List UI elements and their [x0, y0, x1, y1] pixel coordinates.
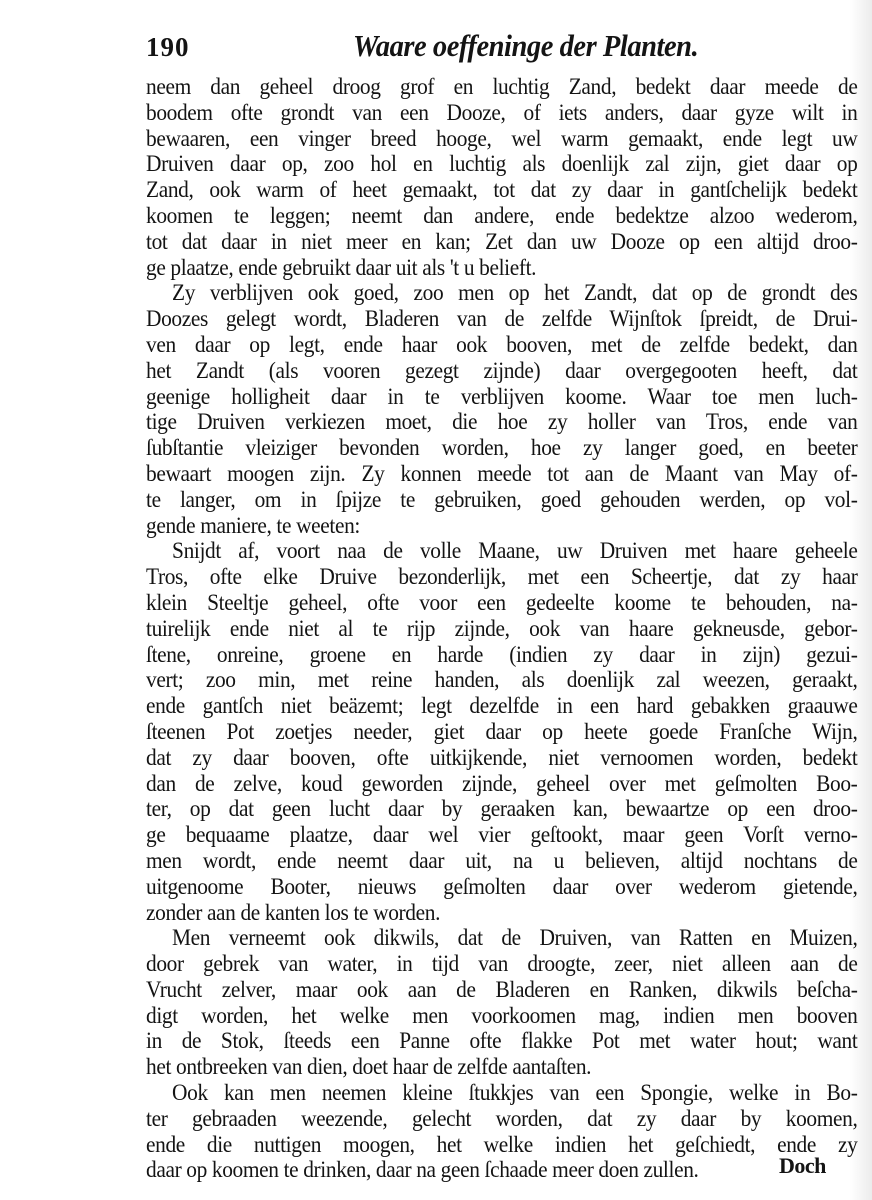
text-line: klein Steeltje geheel, ofte voor een ged… [146, 590, 857, 616]
text-line: bewaart moogen zijn. Zy konnen meede tot… [146, 461, 857, 487]
text-line: ge bequaame plaatze, daar wel vier geſto… [146, 822, 857, 848]
text-line: Doozes gelegt wordt, Bladeren van de zel… [146, 306, 857, 332]
text-line: ge plaatze, ende gebruikt daar uit als '… [146, 255, 857, 281]
text-line: Ook kan men neemen kleine ſtukkjes van e… [146, 1080, 857, 1106]
paragraph: Men verneemt ook dikwils, dat de Druiven… [146, 925, 858, 1080]
paragraph: neem dan geheel droog grof en luchtig Za… [146, 74, 858, 280]
text-line: uitgenoome Booter, nieuws geſmolten daar… [146, 874, 857, 900]
text-line: daar op koomen te drinken, daar na geen … [146, 1157, 857, 1183]
text-line: ende die nuttigen moogen, het welke indi… [146, 1132, 857, 1158]
text-line: ende gantſch niet beäzemt; legt dezelfde… [146, 693, 857, 719]
page-number: 190 [146, 32, 190, 63]
text-line: zonder aan de kanten los te worden. [146, 900, 857, 926]
text-line: Zand, ook warm of heet gemaakt, tot dat … [146, 177, 857, 203]
text-line: dan de zelve, koud geworden zijnde, gehe… [146, 771, 857, 797]
text-line: ſteenen Pot zoetjes needer, giet daar op… [146, 719, 857, 745]
text-line: Vrucht zelver, maar ook aan de Bladeren … [146, 977, 857, 1003]
paragraph: Ook kan men neemen kleine ſtukkjes van e… [146, 1080, 858, 1183]
book-page: 190 Waare oeffeninge der Planten. neem d… [0, 0, 872, 1200]
text-line: men wordt, ende neemt daar uit, na u bel… [146, 848, 857, 874]
text-line: Zy verblijven ook goed, zoo men op het Z… [146, 280, 857, 306]
paragraph: Snijdt af, voort naa de volle Maane, uw … [146, 538, 858, 925]
running-title: Waare oeffeninge der Planten. [353, 28, 698, 64]
text-line: ven daar op legt, ende haar ook booven, … [146, 332, 857, 358]
paragraph: Zy verblijven ook goed, zoo men op het Z… [146, 280, 858, 538]
text-line: gende maniere, te weeten: [146, 513, 857, 539]
text-line: het Zandt (als vooren gezegt zijnde) daa… [146, 358, 857, 384]
text-line: Snijdt af, voort naa de volle Maane, uw … [146, 538, 857, 564]
text-line: Druiven daar op, zoo hol en luchtig als … [146, 151, 857, 177]
text-line: tige Druiven verkiezen moet, die hoe zy … [146, 409, 857, 435]
text-line: digt worden, het welke men voorkoomen ma… [146, 1003, 857, 1029]
text-line: Tros, ofte elke Druive bezonderlijk, met… [146, 564, 857, 590]
text-line: geenige holligheit daar in te verblijven… [146, 384, 857, 410]
text-line: neem dan geheel droog grof en luchtig Za… [146, 74, 857, 100]
body-text: neem dan geheel droog grof en luchtig Za… [146, 74, 858, 1183]
text-line: dat zy daar booven, ofte uitkijkende, ni… [146, 745, 857, 771]
text-line: ſtene, onreine, groene en harde (indien … [146, 642, 857, 668]
text-line: tot dat daar in niet meer en kan; Zet da… [146, 229, 857, 255]
text-line: ter gebraaden weezende, gelecht worden, … [146, 1106, 857, 1132]
text-line: ſubſtantie vleiziger bevonden worden, ho… [146, 435, 857, 461]
text-line: boodem ofte grondt van een Dooze, of iet… [146, 100, 857, 126]
text-line: bewaaren, een vinger breed hooge, wel wa… [146, 126, 857, 152]
text-line: tuirelijk ende niet al te rijp zijnde, o… [146, 616, 857, 642]
text-line: koomen te leggen; neemt dan andere, ende… [146, 203, 857, 229]
text-line: vert; zoo min, met reine handen, als doe… [146, 667, 857, 693]
text-line: ter, op dat geen lucht daar by geraaken … [146, 796, 857, 822]
text-line: te langer, om in ſpijze te gebruiken, go… [146, 487, 857, 513]
text-line: door gebrek van water, in tijd van droog… [146, 951, 857, 977]
text-line: het ontbreeken van dien, doet haar de ze… [146, 1054, 857, 1080]
text-line: in de Stok, ſteeds een Panne ofte flakke… [146, 1028, 857, 1054]
catchword: Doch [779, 1153, 826, 1179]
text-line: Men verneemt ook dikwils, dat de Druiven… [146, 925, 857, 951]
